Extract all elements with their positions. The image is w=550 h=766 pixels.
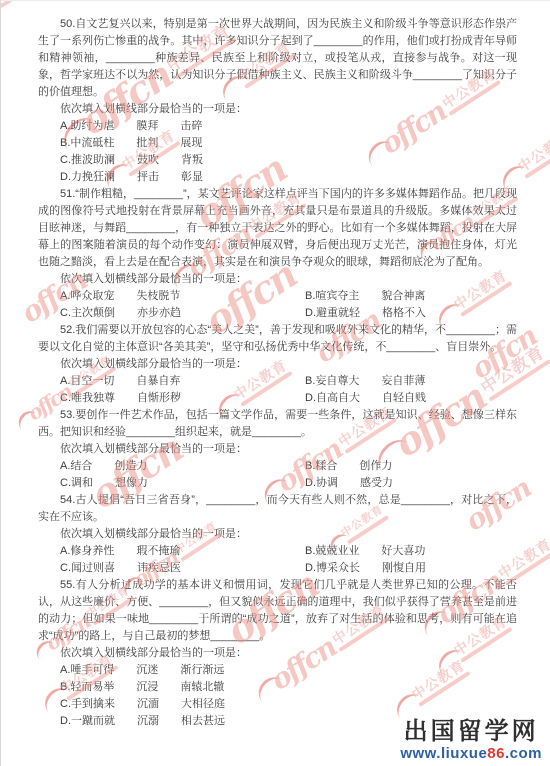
question-prompt: 依次填入划横线部分最恰当的一项是：: [38, 441, 517, 458]
watermark-cn-text: 中公教育: [515, 129, 550, 173]
question-stem: 52.我们需要以开放包容的心态“美人之美”，善于发现和吸收外来文化的精华，不__…: [38, 322, 517, 356]
question-55: 55.有人分析过成功学的基本讲义和惯用词，发现它们几乎就是人类世界已知的公理。不…: [38, 577, 517, 730]
question-51: 51.“制作粗糙，________”，某文艺评论家这样点评当下国内的许多多媒体舞…: [38, 186, 517, 322]
option-c: C.闻过则喜 讳疾忌医: [60, 560, 305, 577]
watermark-subtext-bar: [0, 0, 41, 9]
url-number: 86: [487, 745, 505, 762]
option-a: A.修身养性 瑕不掩瑜: [60, 543, 305, 560]
option-d: D.自高自大 自轻自贱: [305, 390, 517, 407]
question-stem: 53.要创作一件艺术作品，包括一篇文学作品，需要一些条件，这就是知识、经验、想像…: [38, 407, 517, 441]
question-prompt: 依次填入划横线部分最恰当的一项是：: [38, 645, 517, 662]
options-list: A.哗众取宠 失枝脱节 B.喧宾夺主 貌合神离 C.主次颠倒 亦步亦趋 D.避重…: [38, 288, 517, 322]
option-c: C.唯我独尊 自惭形秽: [60, 390, 305, 407]
option-b: B.糅合 创作力: [305, 458, 517, 475]
question-52: 52.我们需要以开放包容的心态“美人之美”，善于发现和吸收外来文化的精华，不__…: [38, 322, 517, 407]
question-stem: 50.自文艺复兴以来，特别是第一次世界大战期间，因为民族主义和阶级斗争等意识形态…: [38, 16, 517, 101]
option-c: C.推波助澜 鼓吹 背叛: [60, 152, 517, 169]
scanned-exam-page: offcn中公教育 offcn中公教育 offcn中公教育 offcn中公教育 …: [0, 0, 550, 766]
option-a: A.唾手可得 沉迷 渐行渐远: [60, 662, 517, 679]
url-tld: .com: [505, 745, 542, 762]
liuxue86-logo: 出国留学网 www.liuxue86.com: [400, 719, 542, 762]
options-list: A.目空一切 自暴自弃 B.妄自尊大 妄自菲薄 C.唯我独尊 自惭形秽 D.自高…: [38, 373, 517, 407]
swoosh-icon: [14, 406, 37, 430]
offcn-watermark: offcn中公教育: [0, 0, 41, 19]
question-prompt: 依次填入划横线部分最恰当的一项是：: [38, 526, 517, 543]
question-stem: 55.有人分析过成功学的基本讲义和惯用词，发现它们几乎就是人类世界已知的公理。不…: [38, 577, 517, 645]
option-b: B.兢兢业业 好大喜功: [305, 543, 517, 560]
option-c: C.调和 想像力: [60, 475, 305, 492]
options-list: A.修身养性 瑕不掩瑜 B.兢兢业业 好大喜功 C.闻过则喜 讳疾忌医 D.博采…: [38, 543, 517, 577]
site-url: www.liuxue86.com: [400, 746, 542, 763]
question-53: 53.要创作一件艺术作品，包括一篇文学作品，需要一些条件，这就是知识、经验、想像…: [38, 407, 517, 492]
option-d: D.力挽狂澜 抨击 彰显: [60, 169, 517, 186]
option-a: A.结合 创造力: [60, 458, 305, 475]
question-50: 50.自文艺复兴以来，特别是第一次世界大战期间，因为民族主义和阶级斗争等意识形态…: [38, 16, 517, 186]
options-list: A.结合 创造力 B.糅合 创作力 C.调和 想像力 D.协调 感受力: [38, 458, 517, 492]
option-b: B.中流砥柱 批判 展现: [60, 135, 517, 152]
option-c: C.手到擒来 沉湎 大相径庭: [60, 696, 517, 713]
question-stem: 54.古人提倡“吾日三省吾身”，________，而今天有些人则不然，总是___…: [38, 492, 517, 526]
question-prompt: 依次填入划横线部分最恰当的一项是：: [38, 101, 517, 118]
option-a: A.哗众取宠 失枝脱节: [60, 288, 305, 305]
option-b: B.妄自尊大 妄自菲薄: [305, 373, 517, 390]
exam-text-content: 50.自文艺复兴以来，特别是第一次世界大战期间，因为民族主义和阶级斗争等意识形态…: [38, 16, 517, 730]
option-d: D.避重就轻 格格不入: [305, 305, 517, 322]
options-list: A.助纣为虐 膜拜 击碎 B.中流砥柱 批判 展现 C.推波助澜 鼓吹 背叛 D…: [38, 118, 517, 186]
url-prefix: www.liuxue: [400, 745, 487, 762]
question-prompt: 依次填入划横线部分最恰当的一项是：: [38, 356, 517, 373]
site-name: 出国留学网: [400, 719, 542, 745]
watermark-subtext-bar: [524, 143, 550, 179]
option-b: B.喧宾夺主 貌合神离: [305, 288, 517, 305]
option-b: B.轻而易举 沉浸 南辕北辙: [60, 679, 517, 696]
swoosh-icon: [0, 0, 1, 18]
option-a: A.助纣为虐 膜拜 击碎: [60, 118, 517, 135]
watermark-cn-text: 中公教育: [0, 0, 38, 3]
question-prompt: 依次填入划横线部分最恰当的一项是：: [38, 271, 517, 288]
option-d: D.博采众长 刚愎自用: [305, 560, 517, 577]
question-stem: 51.“制作粗糙，________”，某文艺评论家这样点评当下国内的许多多媒体舞…: [38, 186, 517, 271]
option-c: C.主次颠倒 亦步亦趋: [60, 305, 305, 322]
question-54: 54.古人提倡“吾日三省吾身”，________，而今天有些人则不然，总是___…: [38, 492, 517, 577]
option-a: A.目空一切 自暴自弃: [60, 373, 305, 390]
option-d: D.协调 感受力: [305, 475, 517, 492]
